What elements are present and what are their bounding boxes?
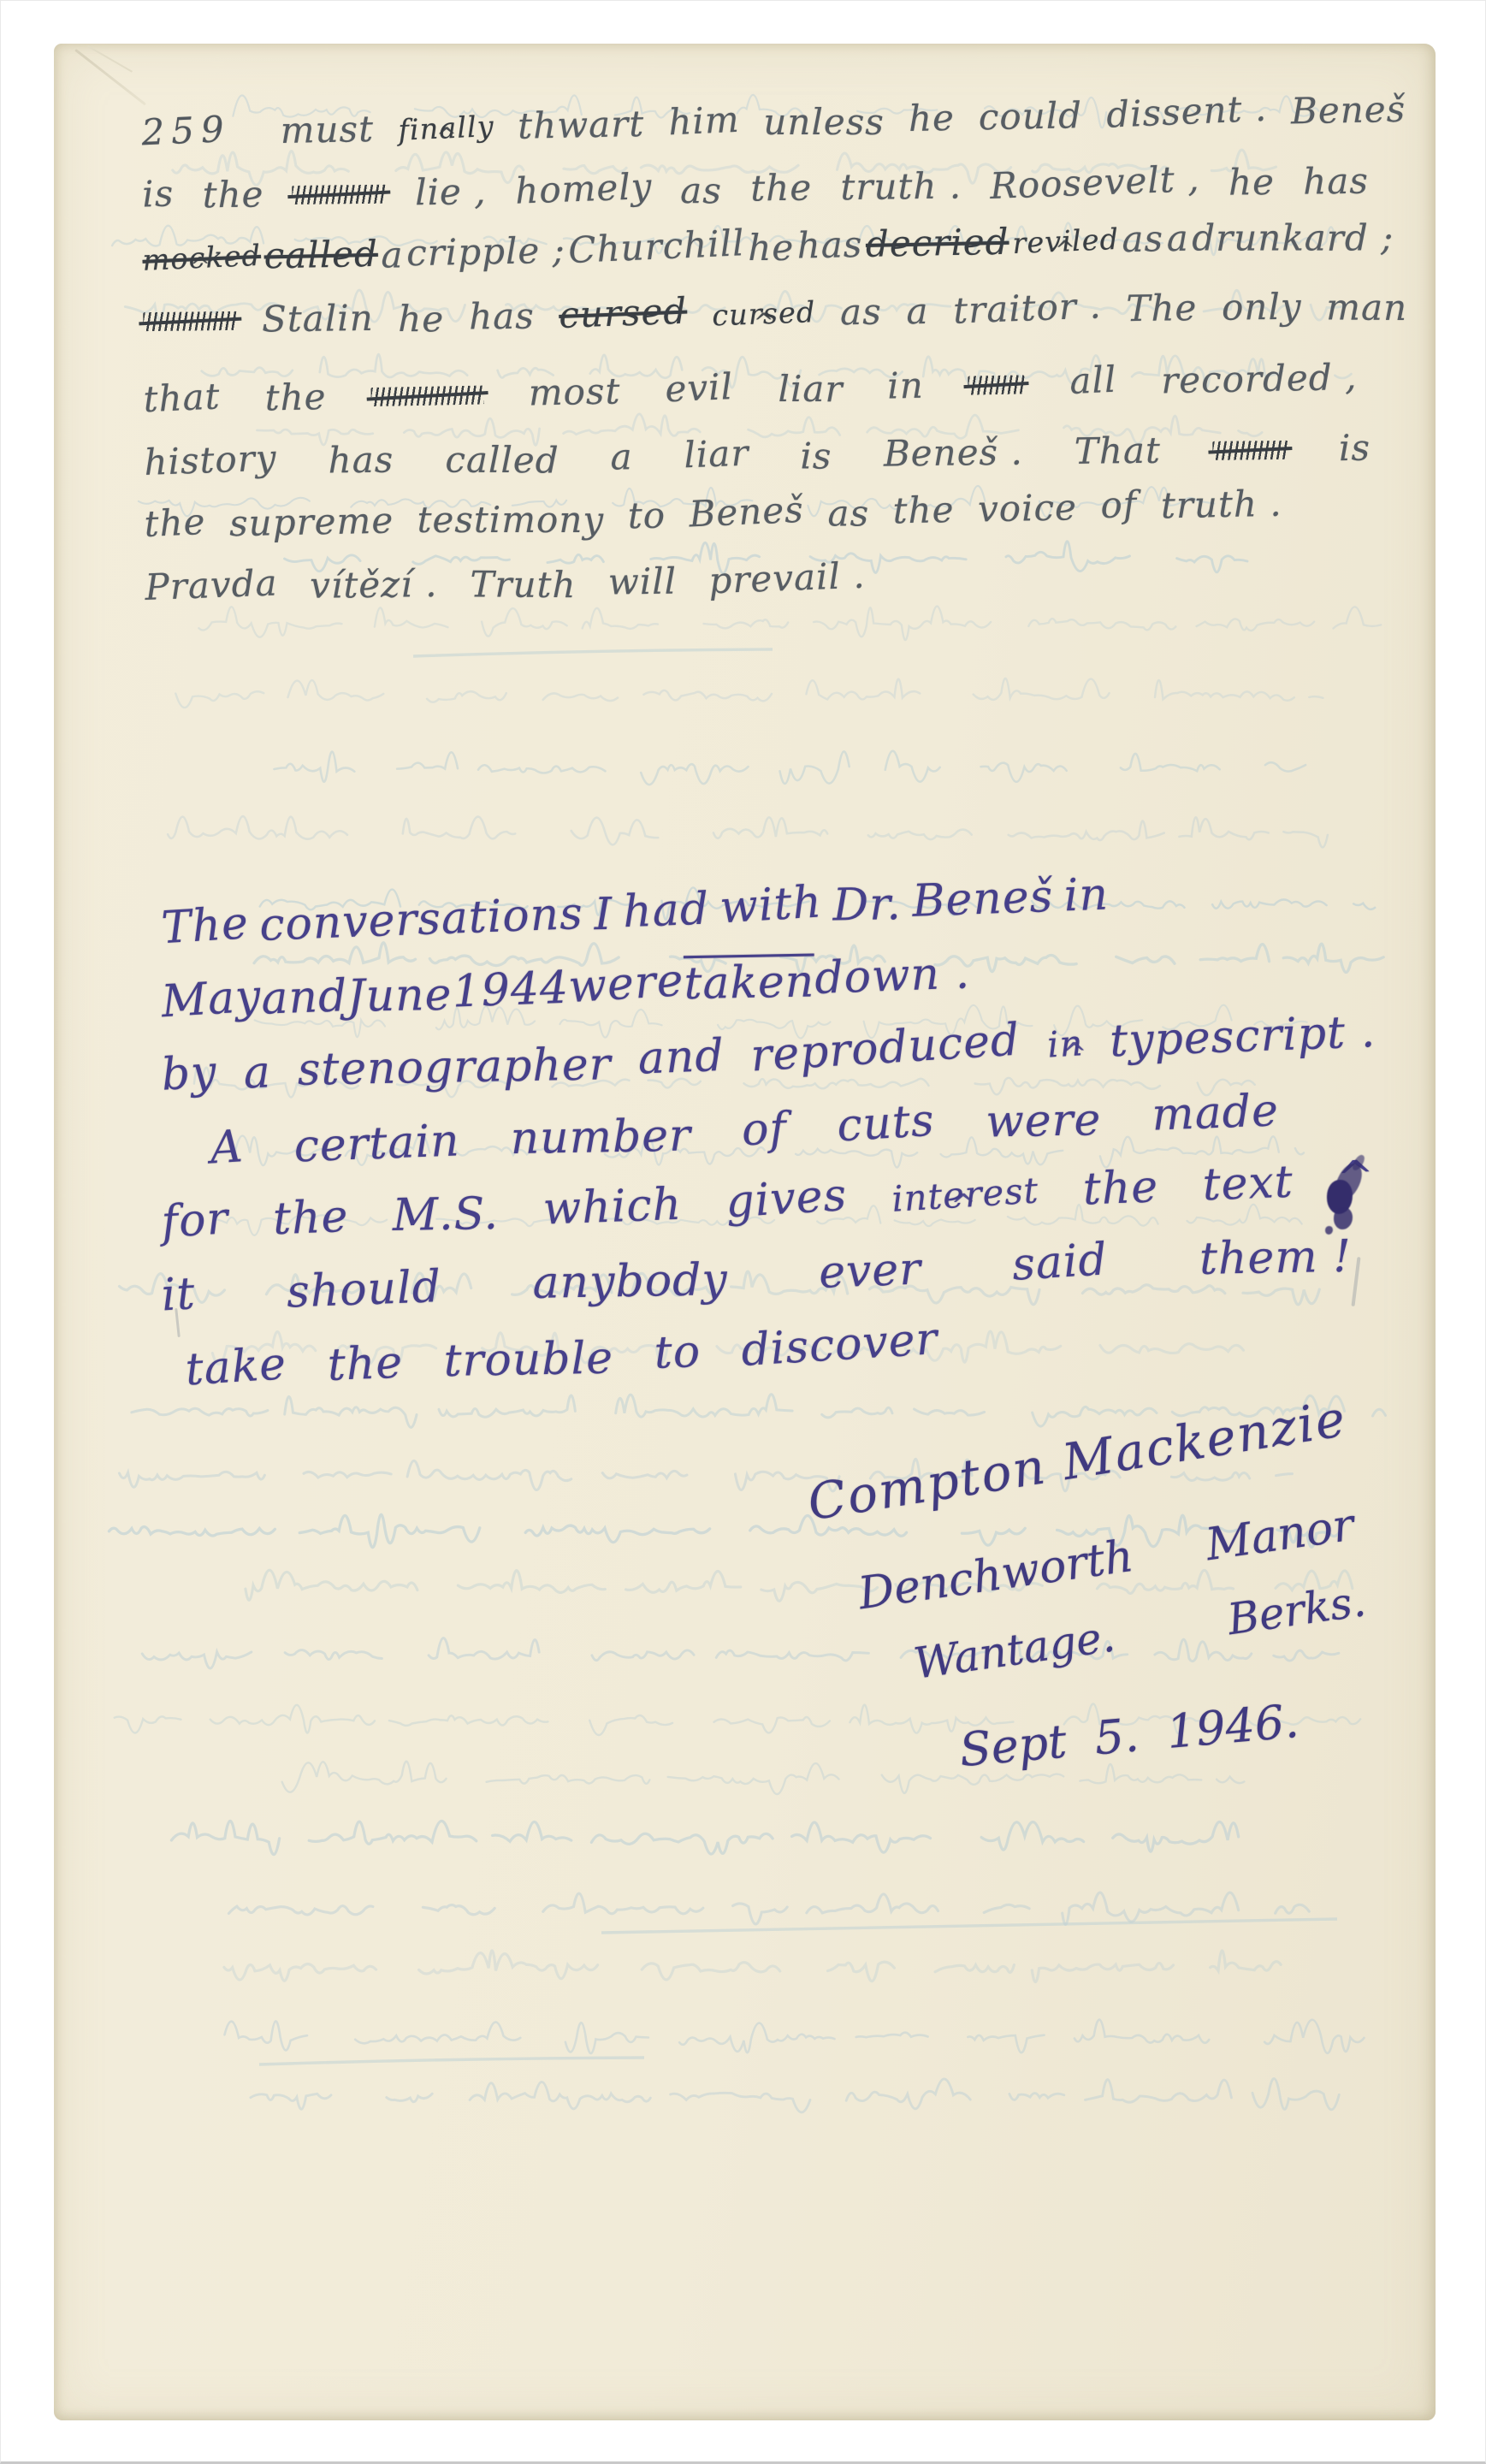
word: recorded , [1161,356,1358,401]
word: Churchill [567,222,745,271]
word: of [1099,483,1138,526]
word: has [469,295,535,338]
word: truth . [840,164,962,208]
word: decried [866,221,1009,265]
word: Beneš . [884,431,1023,475]
illegible-struck-word [293,185,387,204]
word: Roosevelt , [990,157,1201,207]
bleed-through-line [225,2020,1365,2054]
inserted-word: mocked^ [142,235,261,280]
word: unless [763,101,885,143]
bleed-through-line [168,816,1328,847]
inserted-word: interest^ [891,1165,1039,1222]
word: as [840,291,882,334]
word: a [243,1046,272,1099]
word: which [542,1179,683,1235]
inserted-word: finally^ [398,105,494,149]
inserted-word: in^ [1046,1017,1084,1070]
bleed-through-line [224,1951,1281,1982]
word: called [445,439,559,482]
word: the [892,489,955,531]
word: taken [684,957,815,1010]
word: traitor . [952,284,1102,331]
word: truth . [1160,483,1282,527]
caret-mark: ^ [1062,1037,1089,1073]
illegible-struck-word [1212,441,1288,460]
word: voice [978,486,1078,530]
word: by [160,1046,218,1101]
manuscript-page: 259mustfinally^thwarthimunlesshecoulddis… [54,44,1436,2420]
caret-mark: ^ [1055,235,1077,264]
caret-mark: ^ [190,252,212,281]
word: were [567,955,685,1013]
word: the [1082,1161,1159,1215]
word: conversations [258,888,584,951]
word: the [144,500,207,545]
bleed-through-line [274,751,1305,785]
word: number [510,1110,691,1164]
word: said [1011,1234,1110,1291]
word: has [328,439,394,482]
word: drunkard ; [1192,216,1394,258]
word: text [1202,1157,1294,1211]
word: cuts [836,1095,937,1152]
word: The [1126,287,1198,329]
word: take [184,1338,288,1395]
page-number: 259 [140,108,231,153]
word: history [144,436,278,483]
caret-mark: ^ [950,1188,978,1223]
illegible-struck-word [370,386,483,406]
word: dissent . [1105,87,1268,136]
word: it [160,1268,197,1321]
word: gives [725,1170,849,1229]
word: Stalin [262,297,374,341]
word: only [1222,286,1302,329]
word: is [141,172,175,215]
word: Truth [470,563,576,606]
word: as [1122,217,1164,260]
word: liar [684,432,750,477]
word: thwart [518,103,645,147]
word: and [637,1030,725,1085]
bleed-through-line [171,1821,1238,1854]
word: had [622,884,710,939]
word: to [654,1326,702,1379]
top-paragraph: 259mustfinally^thwarthimunlesshecoulddis… [142,104,1410,629]
word: most [528,370,620,413]
word: homely [514,165,653,212]
word: Beneš [1291,88,1406,133]
word: prevail . [708,554,867,602]
word: cursed [559,290,689,336]
word: the [272,1191,349,1245]
inserted-word: reviled^ [1012,218,1120,262]
bleed-through-strike [259,2058,644,2064]
word: is [1339,427,1371,469]
word: he [748,227,794,269]
word: June [347,969,453,1022]
bleed-through-line [228,1892,1309,1924]
word: Beneš [689,489,805,536]
word: the [202,173,263,216]
word: could [978,94,1082,138]
word: ever [818,1243,922,1298]
word: Dr. [832,879,902,931]
word: he [908,97,955,139]
word: man [1326,286,1407,329]
word: supreme [229,500,394,545]
word: liar [778,368,843,410]
bleed-through-line [175,678,1323,708]
word: for [160,1193,230,1248]
bleed-through-line [282,1762,1245,1794]
word: all [1069,358,1117,402]
word: I [594,889,613,940]
word: the [264,376,327,418]
word: as [827,492,869,534]
word: down . [814,947,971,1004]
word: will [608,560,678,603]
word: he [1228,161,1276,204]
bleed-through-line [246,1570,1353,1601]
word: of [741,1103,788,1156]
word: stenographer [298,1039,613,1095]
word: Pravda [145,561,279,608]
word: 1944 [452,962,570,1018]
scan-frame: 259mustfinally^thwarthimunlesshecoulddis… [0,0,1486,2464]
illegible-struck-word [143,311,237,331]
word: as [680,169,722,211]
illegible-struck-word [968,376,1025,395]
word: must [280,108,374,151]
word: to [627,494,666,536]
word: Beneš [911,871,1054,927]
word: anybody [532,1254,728,1309]
word: a [906,290,929,332]
word: A [209,1121,245,1174]
word: him [667,98,740,144]
word: with [719,876,824,933]
note-paragraph: TheconversationsIhadwithDr.BenešinMayand… [163,903,1378,1419]
word: that [143,375,222,420]
word: a [610,435,633,477]
ink-blot [1325,1158,1385,1252]
word: should [286,1261,442,1318]
word: May [160,970,263,1028]
word: made [1151,1085,1279,1140]
word: has [796,223,863,266]
word: the [327,1337,404,1391]
inserted-word: cursed^ [712,292,816,335]
word: The [160,897,250,954]
word: evil [664,365,734,410]
caret-mark: ^ [754,308,775,337]
word: certain [293,1115,460,1172]
handwritten-line: Pravdavítězí .Truthwillprevail . [145,558,866,629]
bleed-through-line [251,2078,1339,2112]
word: lie , [415,170,487,213]
word: he [398,298,444,340]
word: in [1063,868,1110,921]
bleed-through-strike [601,1919,1337,1933]
word: That [1075,429,1162,472]
word: has [1303,160,1369,203]
word: is [801,435,832,477]
word: a [1166,217,1189,259]
word: vítězí . [310,563,438,607]
bleed-through-strike [413,649,773,656]
word: in [887,364,924,407]
word: cripple ; [406,229,566,275]
word: a [381,234,403,276]
word: the [750,167,812,210]
word: were [986,1094,1102,1147]
caret-mark: ^ [436,122,459,151]
word: called [263,233,378,277]
word: M.S. [392,1188,499,1241]
word: typescript . [1109,1006,1376,1067]
word: testimony [417,499,605,541]
word: and [260,970,348,1025]
word: discover [740,1313,939,1377]
word: trouble [444,1333,614,1387]
